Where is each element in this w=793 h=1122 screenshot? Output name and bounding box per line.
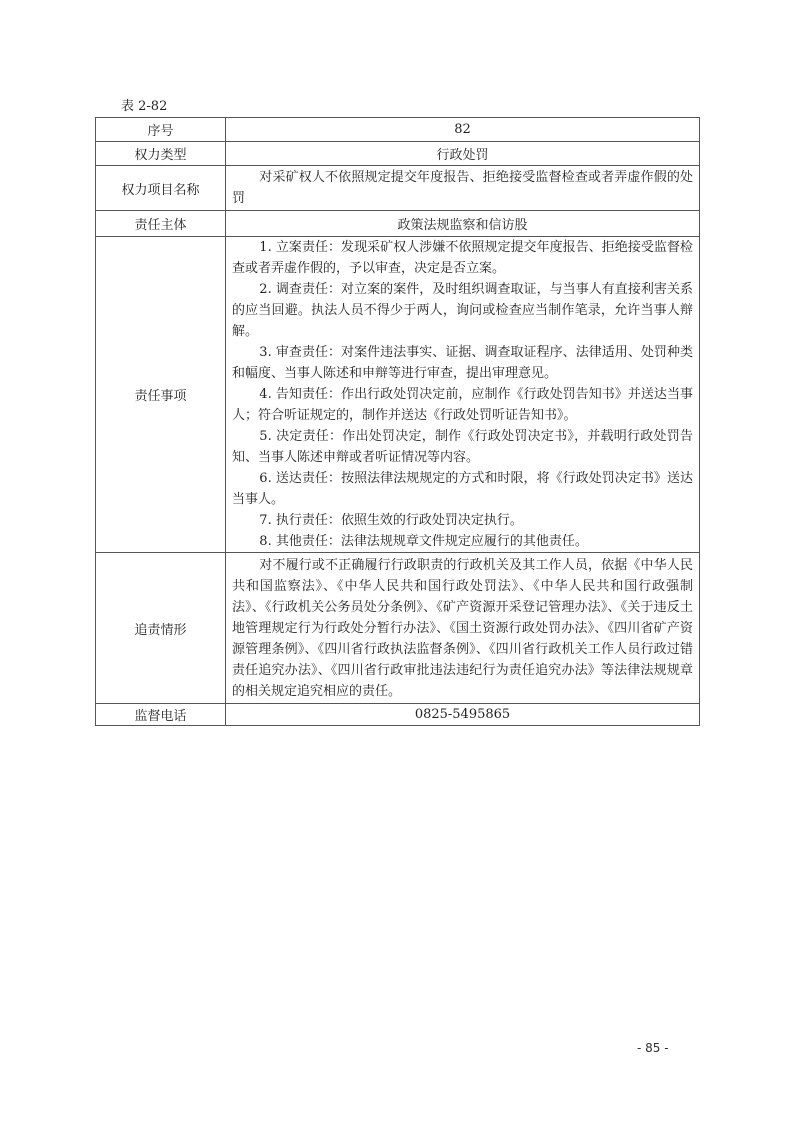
- responsibility-item: 8. 其他责任：法律法规规章文件规定应履行的其他责任。: [232, 531, 693, 552]
- value-responsibilities: 1. 立案责任：发现采矿权人涉嫌不依照规定提交年度报告、拒绝接受监督检查或者弄虚…: [226, 237, 700, 553]
- accountability-text: 对不履行或不正确履行行政职责的行政机关及其工作人员，依据《中华人民共和国监察法》…: [232, 555, 693, 702]
- responsibility-item: 2. 调查责任：对立案的案件，及时组织调查取证，与当事人有直接利害关系的应当回避…: [232, 279, 693, 342]
- table-row-serial: 序号 82: [96, 118, 700, 142]
- responsibility-item: 6. 送达责任：按照法律法规规定的方式和时限，将《行政处罚决定书》送达当事人。: [232, 468, 693, 510]
- page-number: - 85 -: [637, 1041, 669, 1055]
- responsibility-item: 4. 告知责任：作出行政处罚决定前，应制作《行政处罚告知书》并送达当事人；符合听…: [232, 384, 693, 426]
- value-responsible-body: 政策法规监察和信访股: [226, 211, 700, 237]
- power-responsibility-table: 序号 82 权力类型 行政处罚 权力项目名称 对采矿权人不依照规定提交年度报告、…: [95, 117, 700, 726]
- label-item-name: 权力项目名称: [96, 166, 226, 211]
- label-hotline: 监督电话: [96, 704, 226, 726]
- table-row-item-name: 权力项目名称 对采矿权人不依照规定提交年度报告、拒绝接受监督检查或者弄虚作假的处…: [96, 166, 700, 211]
- label-accountability: 追责情形: [96, 553, 226, 704]
- label-responsibilities: 责任事项: [96, 237, 226, 553]
- item-name-text: 对采矿权人不依照规定提交年度报告、拒绝接受监督检查或者弄虚作假的处罚: [232, 167, 693, 209]
- label-power-type: 权力类型: [96, 142, 226, 166]
- value-power-type: 行政处罚: [226, 142, 700, 166]
- value-hotline: 0825-5495865: [226, 704, 700, 726]
- responsibility-item: 1. 立案责任：发现采矿权人涉嫌不依照规定提交年度报告、拒绝接受监督检查或者弄虚…: [232, 237, 693, 279]
- responsibility-item: 7. 执行责任：依照生效的行政处罚决定执行。: [232, 510, 693, 531]
- value-item-name: 对采矿权人不依照规定提交年度报告、拒绝接受监督检查或者弄虚作假的处罚: [226, 166, 700, 211]
- responsibility-item: 3. 审查责任：对案件违法事实、证据、调查取证程序、法律适用、处罚种类和幅度、当…: [232, 342, 693, 384]
- responsibility-item: 5. 决定责任：作出处罚决定，制作《行政处罚决定书》，并载明行政处罚告知、当事人…: [232, 426, 693, 468]
- table-caption: 表 2-82: [121, 99, 167, 115]
- table-row-hotline: 监督电话 0825-5495865: [96, 704, 700, 726]
- value-accountability: 对不履行或不正确履行行政职责的行政机关及其工作人员，依据《中华人民共和国监察法》…: [226, 553, 700, 704]
- label-serial: 序号: [96, 118, 226, 142]
- table-row-power-type: 权力类型 行政处罚: [96, 142, 700, 166]
- table-row-accountability: 追责情形 对不履行或不正确履行行政职责的行政机关及其工作人员，依据《中华人民共和…: [96, 553, 700, 704]
- table-row-responsible-body: 责任主体 政策法规监察和信访股: [96, 211, 700, 237]
- table-row-responsibilities: 责任事项 1. 立案责任：发现采矿权人涉嫌不依照规定提交年度报告、拒绝接受监督检…: [96, 237, 700, 553]
- value-serial: 82: [226, 118, 700, 142]
- label-responsible-body: 责任主体: [96, 211, 226, 237]
